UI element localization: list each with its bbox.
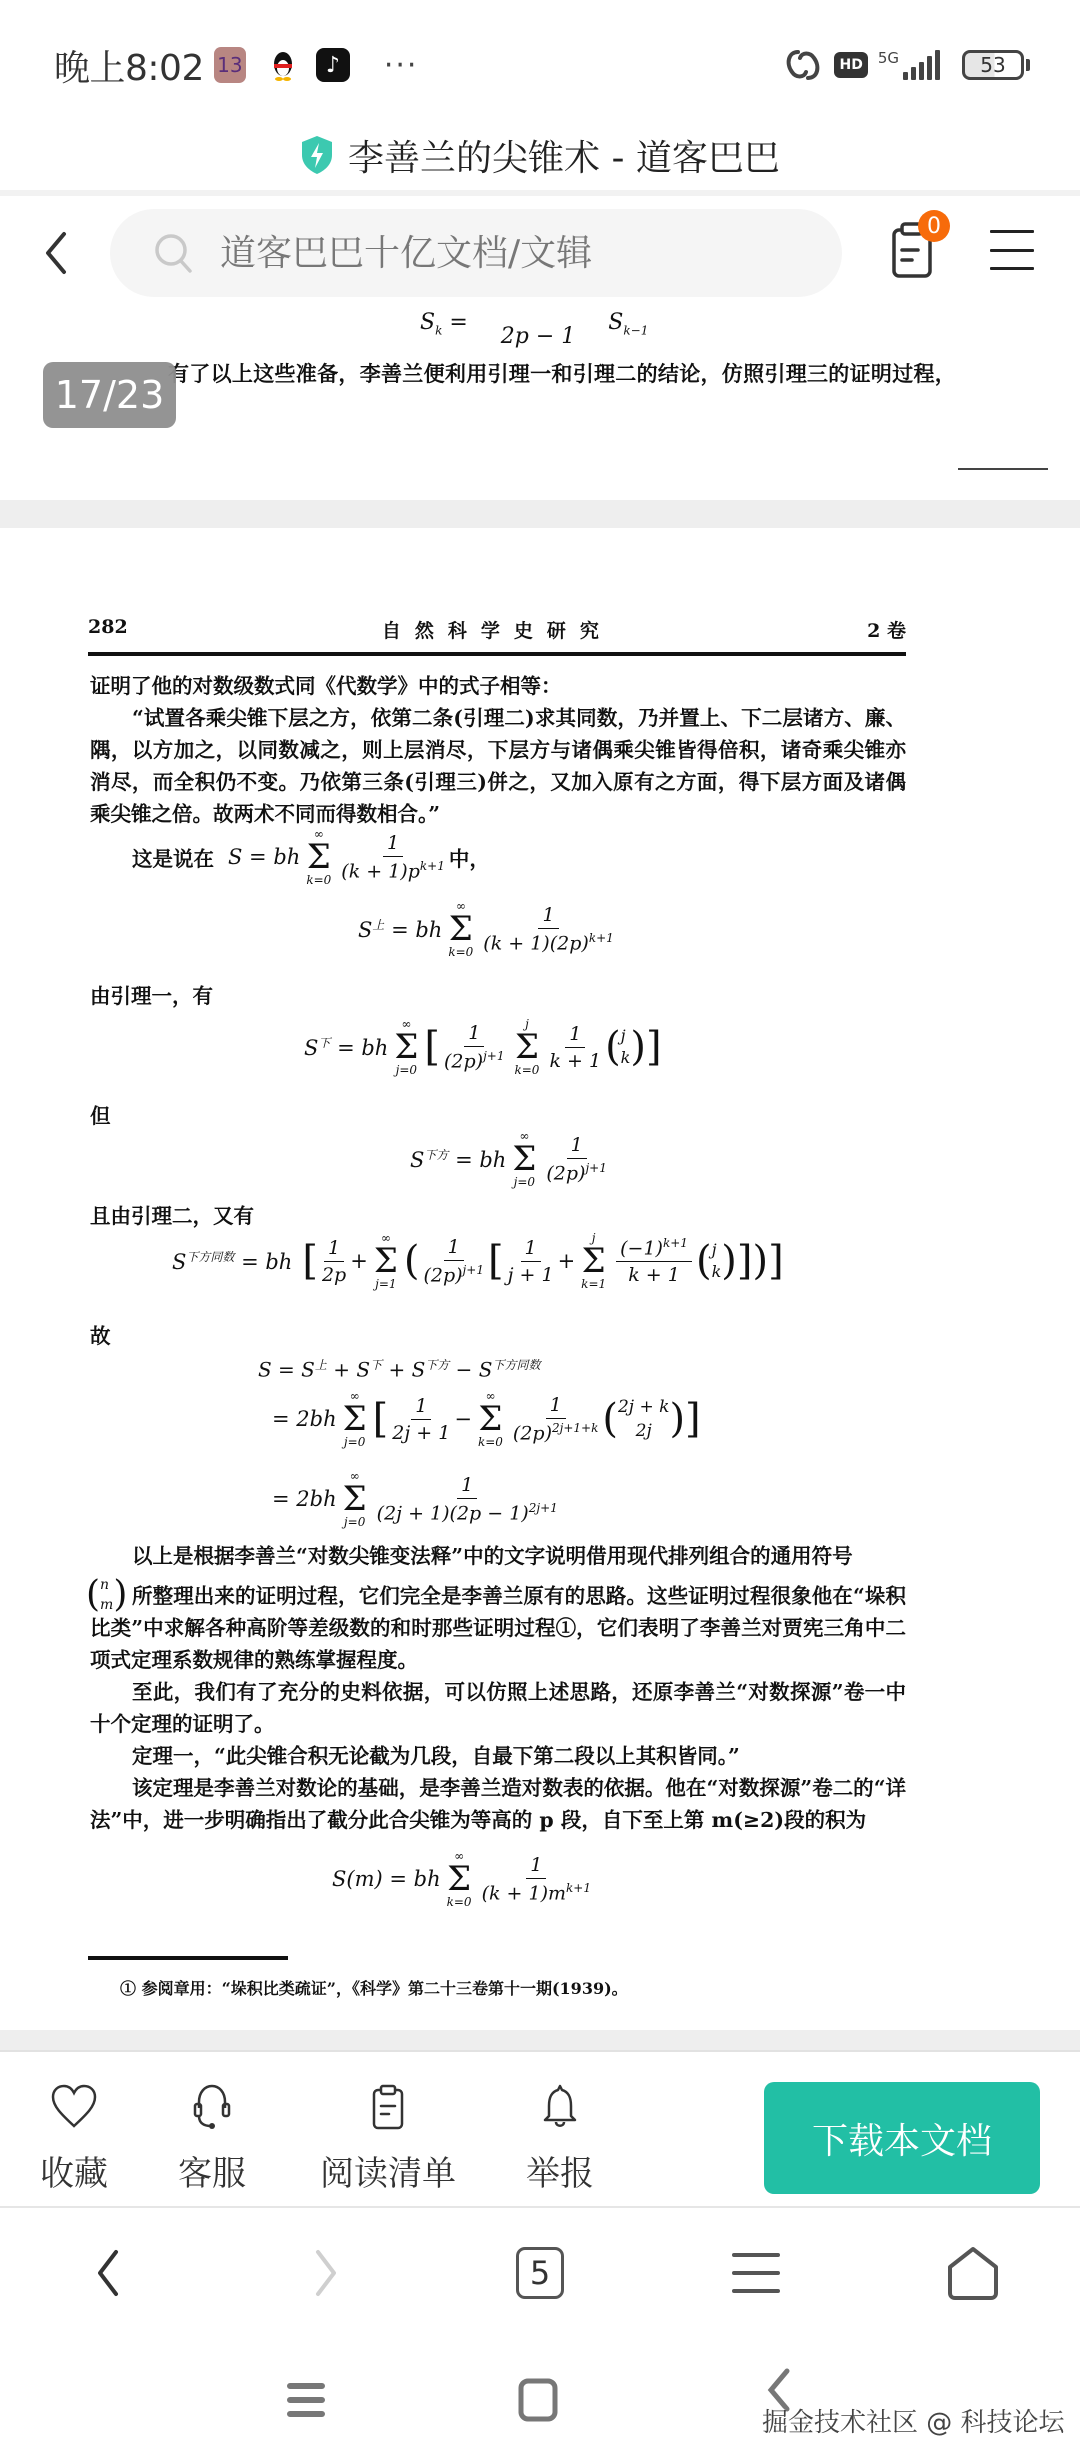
status-bar: 晚上8:02 13 ♪ ··· HD 5G 53: [0, 0, 1080, 130]
paragraph: 以上是根据李善兰“对数尖锥变法释”中的文字说明借用现代排列组合的通用符号: [90, 1540, 906, 1572]
report-button[interactable]: 举报: [526, 2082, 594, 2195]
tiktok-icon: ♪: [316, 48, 350, 82]
tabs-count: 5: [516, 2247, 564, 2299]
paragraph: 该定理是李善兰对数论的基础，是李善兰造对数表的依据。他在“对数探源”卷二的“详法…: [90, 1772, 906, 1836]
tabs-button[interactable]: 5: [505, 2238, 575, 2308]
search-input[interactable]: [220, 233, 780, 274]
volume: 2 卷: [867, 616, 906, 644]
menu-button[interactable]: [990, 230, 1034, 270]
back-button[interactable]: [0, 203, 110, 303]
more-notifications-icon: ···: [384, 48, 419, 83]
hamburger-icon-line: [990, 230, 1034, 233]
chevron-right-icon: [312, 2248, 342, 2298]
heart-icon: [49, 2082, 99, 2132]
formula-4: S下方 = bh ∞Σj=0 1(2p)j+1: [410, 1130, 611, 1188]
page-number: 282: [88, 616, 128, 644]
paragraph: 有了以上这些准备，李善兰便利用引理一和引理二的结论，仿照引理三的证明过程，: [168, 358, 956, 388]
hd-voice-icon: HD: [834, 52, 867, 78]
chevron-left-icon: [92, 2248, 122, 2298]
search-icon: [152, 231, 196, 275]
clipboard-icon: [363, 2082, 413, 2132]
formula-1: 这是说在 S = bh ∞Σk=0 1(k + 1)pk+1 中，: [132, 828, 490, 886]
bell-icon: [535, 2082, 585, 2132]
recent-apps-button[interactable]: [276, 2370, 336, 2430]
journal-name: 自然科学史研究: [382, 616, 613, 644]
footnote: ① 参阅章用：“垛积比类疏证”，《科学》第二十三卷第十一期(1939)。: [120, 1976, 628, 1999]
paragraph: 证明了他的对数级数式同《代数学》中的式子相等：: [90, 670, 906, 702]
paragraph: 至此，我们有了充分的史料依据，可以仿照上述思路，还原李善兰“对数探源”卷一中十个…: [90, 1676, 906, 1740]
browser-toolbar: 5: [0, 2210, 1080, 2330]
header-rule: [88, 652, 906, 656]
download-document-button[interactable]: 下载本文档: [764, 2082, 1040, 2194]
link-icon: [782, 48, 824, 82]
hamburger-icon-line: [990, 267, 1034, 270]
network-type: 5G: [878, 51, 899, 66]
menu-lines-icon: [286, 2380, 326, 2420]
divider: [958, 468, 1048, 470]
reading-list-count-badge: 0: [918, 210, 950, 242]
favorite-button[interactable]: 收藏: [40, 2082, 108, 2195]
formula-6b: = 2bh ∞Σj=0 [ 12j + 1 − ∞Σk=0 1(2p)2j+1+…: [272, 1390, 701, 1448]
watermark: 掘金技术社区 @ 科技论坛: [762, 2402, 1065, 2439]
customer-service-button[interactable]: 客服: [178, 2082, 246, 2195]
notification-count-icon: 13: [214, 47, 246, 83]
document-action-bar: 收藏 客服 阅读清单 举报 下载本文档: [0, 2050, 1080, 2208]
site-nav-bar: 0: [0, 190, 1080, 310]
page-title: 李善兰的尖锥术 - 道客巴巴: [348, 130, 780, 181]
formula-6c: = 2bh ∞Σj=0 1(2j + 1)(2p − 1)2j+1: [272, 1470, 562, 1528]
hamburger-icon: [731, 2249, 781, 2297]
paragraph: 所整理出来的证明过程，它们完全是李善兰原有的思路。这些证明过程很象他在“垛积比类…: [90, 1580, 906, 1676]
browser-title-bar: 李善兰的尖锥术 - 道客巴巴: [0, 120, 1080, 190]
document-page-18: 282 自然科学史研究 2 卷 证明了他的对数级数式同《代数学》中的式子相等： …: [0, 528, 1080, 2030]
home-icon: [946, 2245, 1000, 2301]
running-head: 282 自然科学史研究 2 卷: [88, 616, 906, 644]
hamburger-icon-line: [990, 249, 1034, 252]
browser-back-button[interactable]: [72, 2238, 142, 2308]
page-indicator: 17/23: [43, 362, 176, 428]
system-nav-bar: 掘金技术社区 @ 科技论坛: [0, 2330, 1080, 2460]
formula-7: S(m) = bh ∞Σk=0 1(k + 1)mk+1: [332, 1850, 595, 1908]
home-button[interactable]: [508, 2370, 568, 2430]
reading-list-button[interactable]: 阅读清单: [320, 2082, 456, 2195]
secure-shield-icon: [300, 135, 334, 175]
paragraph: 但: [90, 1100, 906, 1132]
chevron-left-icon: [40, 230, 70, 276]
paragraph: 且由引理二，又有: [90, 1200, 906, 1232]
paragraph: 由引理一，有: [90, 980, 906, 1012]
formula-2: S上 = bh ∞Σk=0 1(k + 1)(2p)k+1: [358, 900, 618, 958]
formula-3: S下 = bh ∞Σj=0 [ 1(2p)j+1 jΣk=0 1k + 1 (j…: [304, 1018, 662, 1076]
document-viewer[interactable]: Sk = 2p − 1 Sk−1 有了以上这些准备，李善兰便利用引理一和引理二的…: [0, 310, 1080, 2050]
qq-penguin-icon: [270, 48, 296, 82]
paragraph: 定理一，“此尖锥合积无论截为几段，自最下第二段以上其积皆同。”: [90, 1740, 906, 1772]
paragraph: 故: [90, 1320, 906, 1352]
quote-paragraph: “试置各乘尖锥下层之方，依第二条(引理二)求其同数，乃并置上、下二层诸方、廉、隅…: [90, 702, 906, 830]
headset-icon: [187, 2082, 237, 2132]
square-home-icon: [517, 2377, 559, 2423]
browser-home-button[interactable]: [938, 2238, 1008, 2308]
battery-icon: 53: [962, 50, 1030, 80]
formula-fragment: Sk = 2p − 1 Sk−1: [420, 310, 648, 337]
status-time: 晚上8:02: [54, 40, 204, 91]
signal-icon: 5G: [878, 50, 940, 80]
browser-forward-button[interactable]: [292, 2238, 362, 2308]
browser-menu-button[interactable]: [721, 2238, 791, 2308]
status-indicators: HD 5G 53: [782, 48, 1030, 82]
battery-level: 53: [980, 53, 1005, 77]
search-box[interactable]: [110, 209, 842, 297]
formula-5: S下方同数 = bh [ 12p + ∞Σj=1 ( 1(2p)j+1 [ 1j…: [172, 1232, 784, 1290]
formula-6a: S = S上 + S下 + S下方 − S下方同数: [258, 1356, 541, 1382]
footnote-rule: [88, 1956, 288, 1960]
